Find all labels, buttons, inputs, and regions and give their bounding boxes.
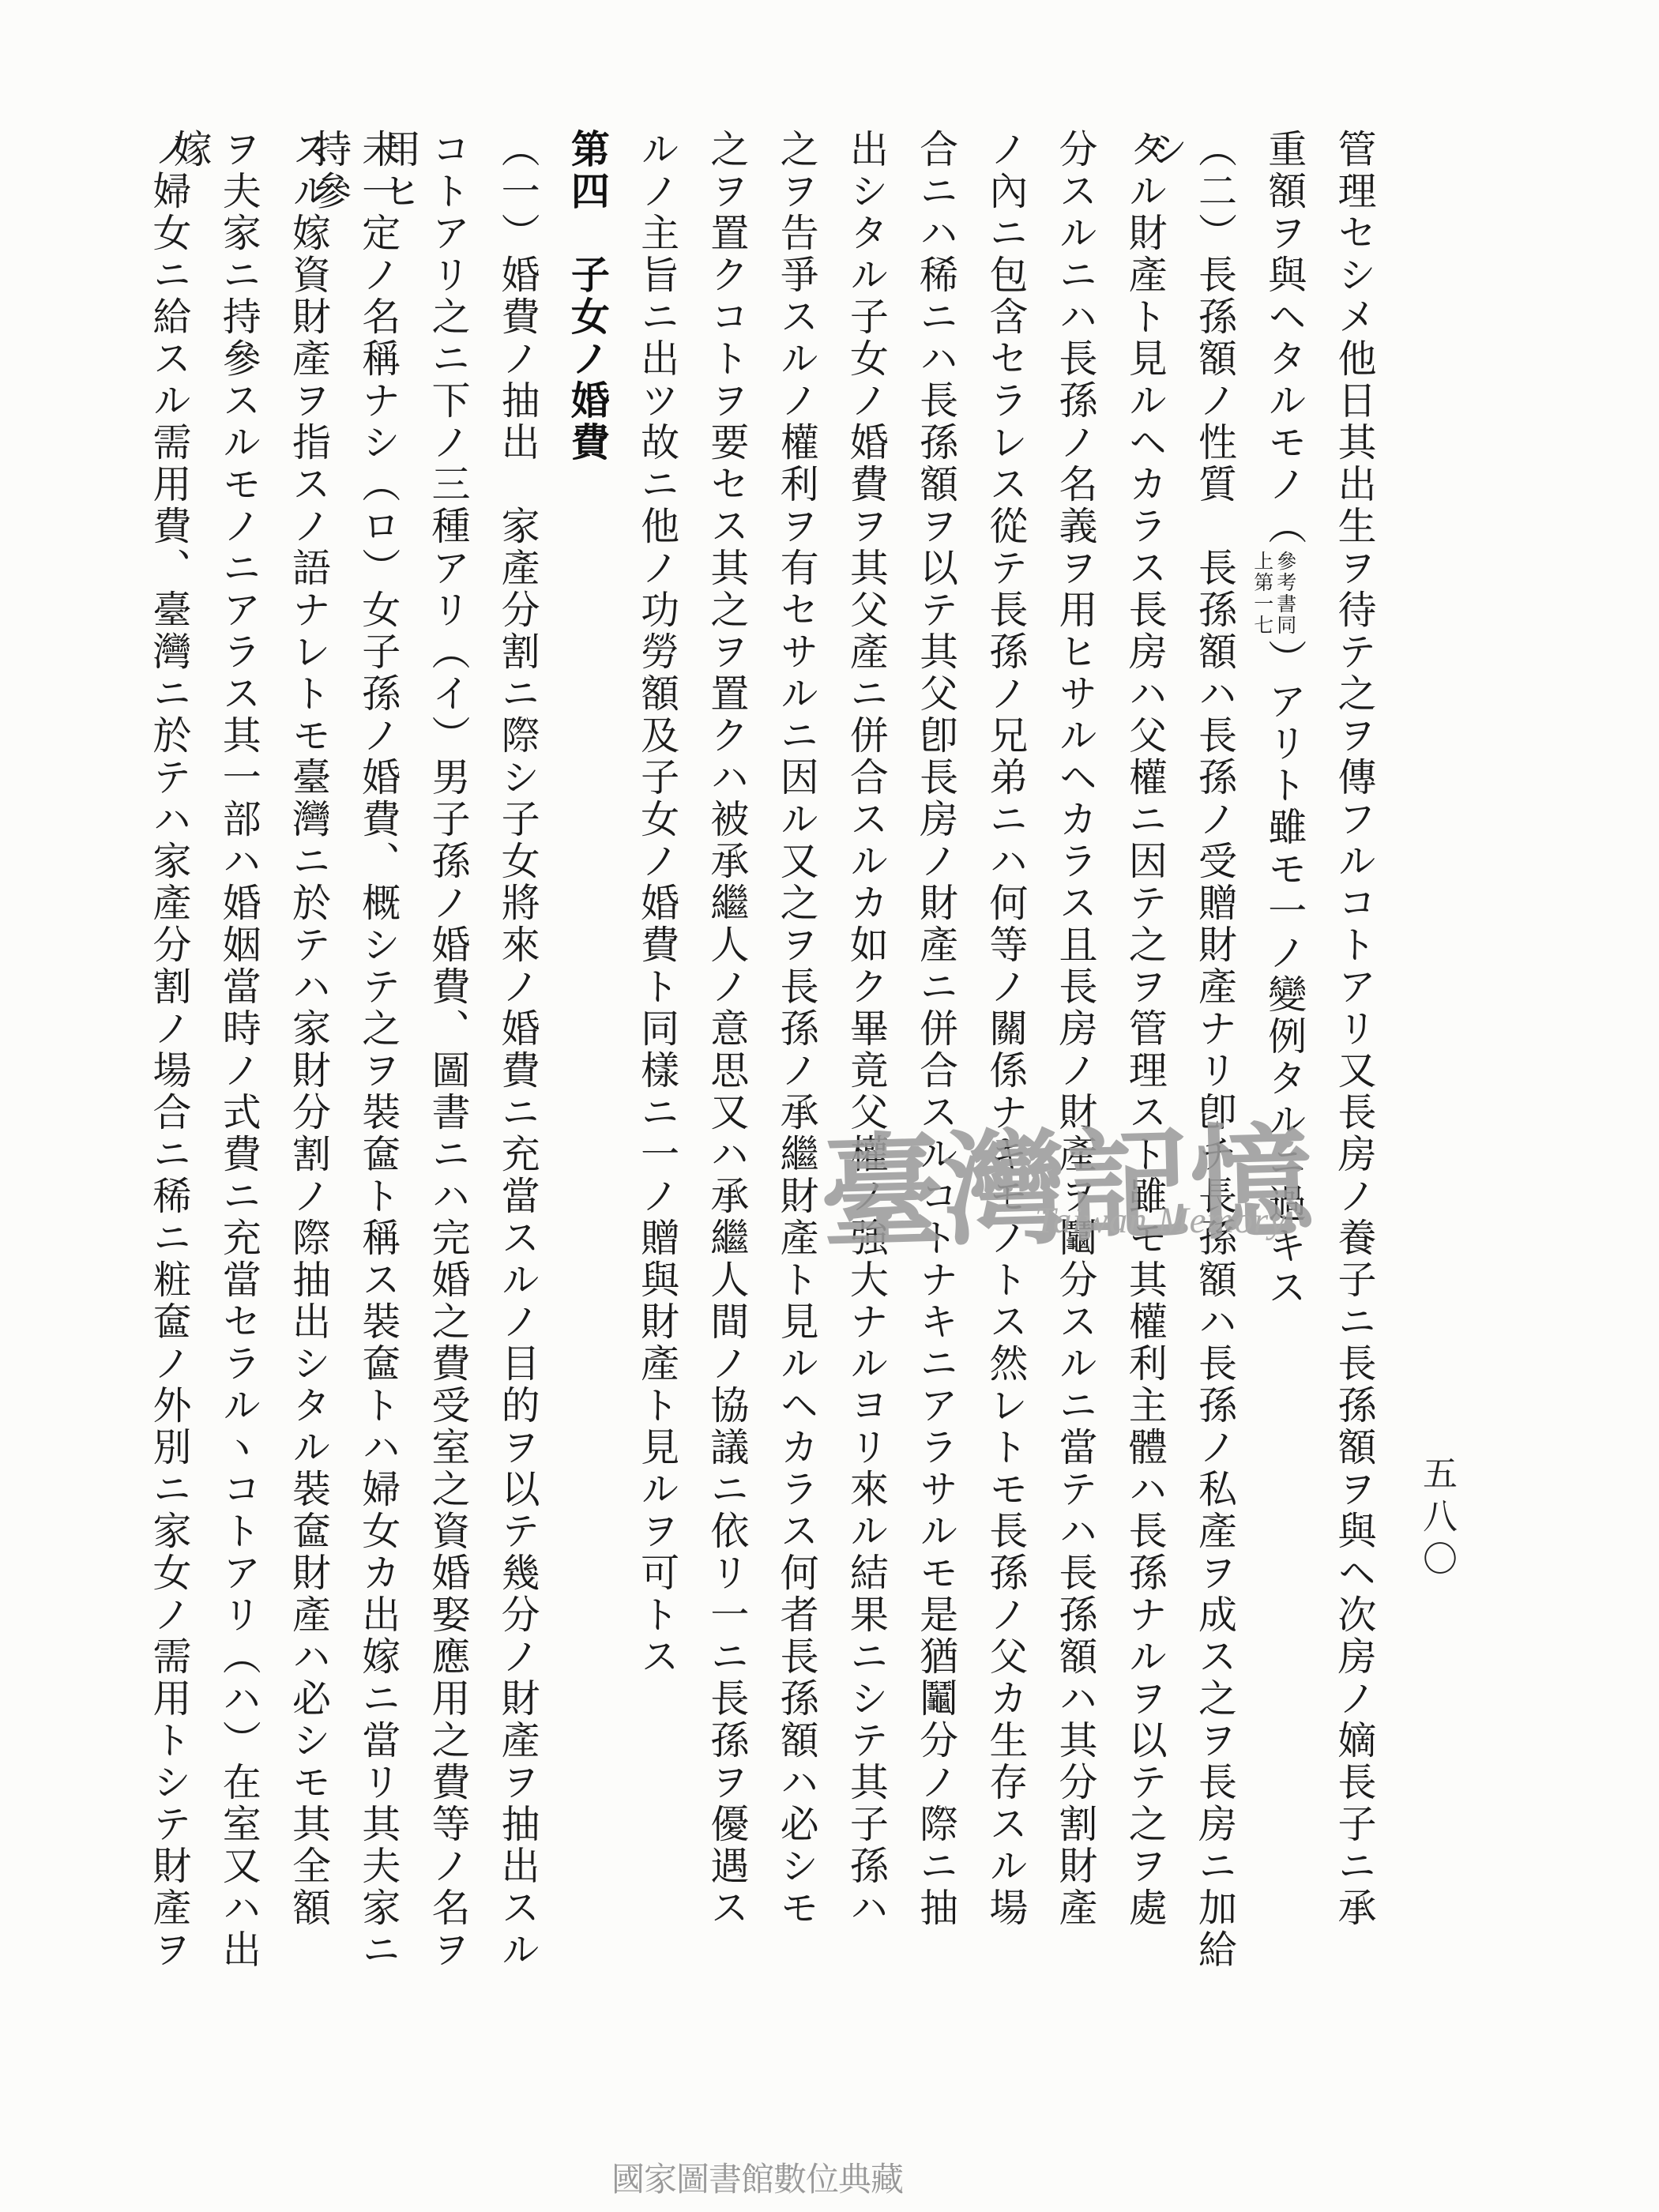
- text-column-13: （一）婚費ノ抽出 家產分割ニ際シ子女將來ノ婚費ニ充當スルノ目的ヲ以テ幾分ノ財產ヲ…: [493, 129, 542, 2009]
- footer-archive-credit: 國家圖書館數位典藏: [611, 2154, 903, 2201]
- text-column-6: ノ內ニ包含セラレス從テ長孫ノ兄弟ニハ何等ノ關係ナキモノトス然レトモ長孫ノ父カ生存…: [981, 129, 1030, 2009]
- text-column-5: 分スルニハ長孫ノ名義ヲ用ヒサルヘカラス且長房ノ財產ヲ鬮分スルニ當テハ長孫額ハ其分…: [1051, 129, 1100, 2009]
- text-column-2: 重額ヲ與ヘタルモノ（參考書同上第一七）アリト雖モ一ノ變例タルニ過キス: [1260, 129, 1309, 2009]
- note-line-left: 上第一七: [1251, 551, 1273, 636]
- text-column-15: 未一定ノ名稱ナシ（ロ）女子孫ノ婚費、概シテ之ヲ裝奩ト稱ス裝奩トハ婦女カ出嫁ニ當リ…: [354, 129, 403, 2009]
- text-column-2-post: ）アリト雖モ一ノ變例タルニ過キス: [1263, 639, 1307, 1309]
- note-line-right: 參考書同: [1273, 551, 1296, 636]
- text-column-1: 管理セシメ他日其出生ヲ待テ之ヲ傳フルコトアリ又長房ノ養子ニ長孫額ヲ與ヘ次房ノ嫡長…: [1330, 129, 1379, 2009]
- text-column-10: 之ヲ置クコトヲ要セス其之ヲ置クハ被承繼人ノ意思又ハ承繼人間ノ協議ニ依リ一ニ長孫ヲ…: [702, 129, 751, 2009]
- text-column-3: （二）長孫額ノ性質 長孫額ハ長孫ノ受贈財產ナリ卽チ長孫額ハ長孫ノ私產ヲ成ス之ヲ長…: [1191, 129, 1240, 2009]
- inline-reference-note: 參考書同上第一七: [1251, 551, 1296, 636]
- text-column-9: 之ヲ告爭スルノ權利ヲ有セサルニ因ル又之ヲ長孫ノ承繼財產ト見ルヘカラス何者長孫額ハ…: [772, 129, 821, 2009]
- text-column-4: タル財產ト見ルヘカラス長房ハ父權ニ因テ之ヲ管理スト雖モ其權利主體ハ長孫ナルヲ以テ…: [1120, 129, 1169, 2009]
- text-column-17: ヲ夫家ニ持參スルモノニアラス其一部ハ婚姻當時ノ式費ニ充當セラルヽコトアリ（ハ）在…: [214, 129, 263, 2009]
- text-column-8: 出シタル子女ノ婚費ヲ其父產ニ併合スルカ如ク畢竟父權ノ強大ナルヨリ來ル結果ニシテ其…: [841, 129, 890, 2009]
- scanned-document-page: 管理セシメ他日其出生ヲ待テ之ヲ傳フルコトアリ又長房ノ養子ニ長孫額ヲ與ヘ次房ノ嫡長…: [0, 0, 1659, 2212]
- text-column-14: コトアリ之ニ下ノ三種アリ（イ）男子孫ノ婚費、圖書ニハ完婚之費受室之資婚娶應用之費…: [423, 129, 472, 2009]
- text-column-7: 合ニハ稀ニハ長孫額ヲ以テ其父卽長房ノ財產ニ併合スルコトナキニアラサルモ是猶鬮分ノ…: [912, 129, 961, 2009]
- text-column-18: ノ婦女ニ給スル需用費、臺灣ニ於テハ家產分割ノ場合ニ稀ニ粧奩ノ外別ニ家女ノ需用トシ…: [145, 129, 194, 2009]
- page-number: 五八〇: [1411, 1455, 1461, 1583]
- section-heading: 第四 子女ノ婚費: [562, 129, 611, 2009]
- text-column-16: スル嫁資財產ヲ指スノ語ナレトモ臺灣ニ於テハ家財分割ノ際抽出シタル裝奩財產ハ必シモ…: [284, 129, 333, 2009]
- text-column-2-pre: 重額ヲ與ヘタルモノ（: [1263, 129, 1307, 547]
- vertical-text-block: 管理セシメ他日其出生ヲ待テ之ヲ傳フルコトアリ又長房ノ養子ニ長孫額ヲ與ヘ次房ノ嫡長…: [145, 129, 1379, 2009]
- text-column-11: ルノ主旨ニ出ツ故ニ他ノ功勞額及子女ノ婚費ト同樣ニ一ノ贈與財產ト見ルヲ可トス: [633, 129, 682, 2009]
